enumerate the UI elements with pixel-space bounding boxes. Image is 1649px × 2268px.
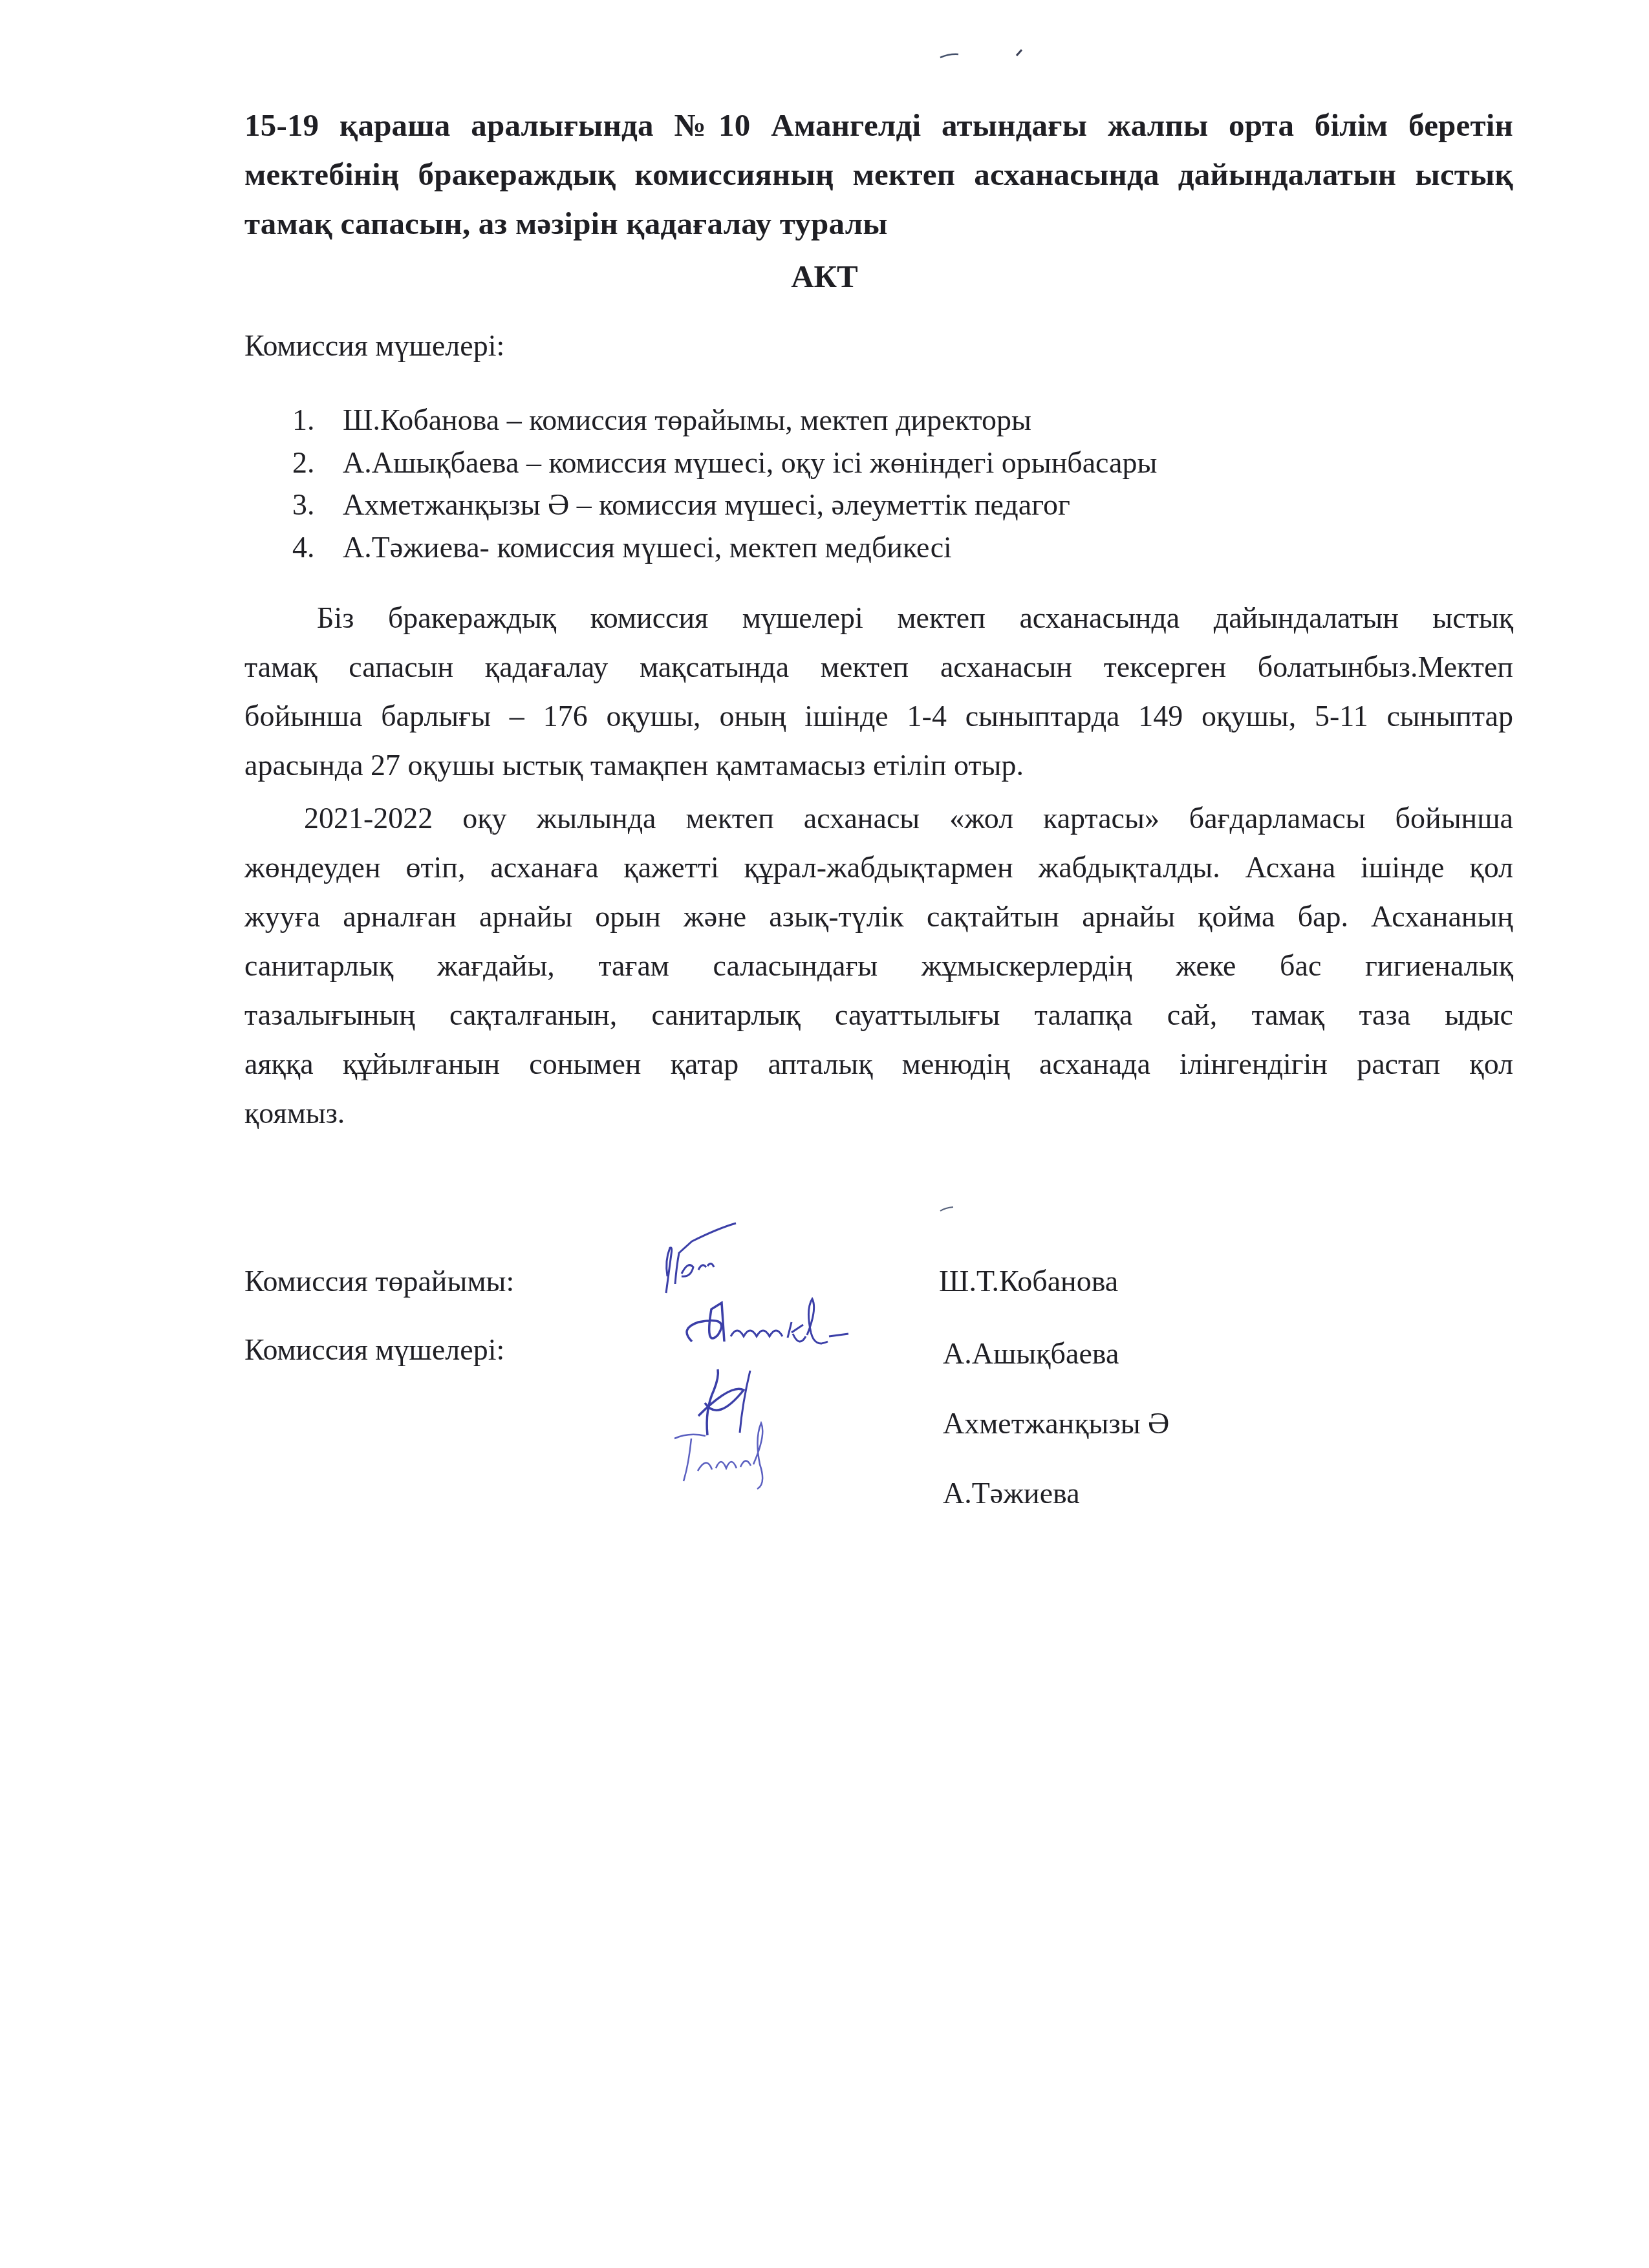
scan-mark xyxy=(1015,48,1024,60)
list-number: 1. xyxy=(292,399,343,442)
member-text: А.Тәжиева- комиссия мүшесі, мектеп медби… xyxy=(343,531,952,564)
list-number: 3. xyxy=(292,484,343,526)
paragraph-inspection: Біз бракераждық комиссия мүшелері мектеп… xyxy=(244,594,1513,790)
signature-member-1 xyxy=(679,1296,860,1361)
members-signature-label: Комиссия мүшелері: xyxy=(244,1331,504,1369)
paragraph-line: тамақ сапасын қадағалау мақсатында мекте… xyxy=(244,643,1513,692)
list-item: 4.А.Тәжиева- комиссия мүшесі, мектеп мед… xyxy=(292,526,1157,569)
paragraph-line: қоямыз. xyxy=(244,1089,1513,1138)
document-title: 15-19 қараша аралығында №10 Амангелді ат… xyxy=(244,101,1513,248)
commission-members-list: 1.Ш.Кобанова – комиссия төрайымы, мектеп… xyxy=(292,399,1157,568)
title-line: 15-19 қараша аралығында №10 Амангелді ат… xyxy=(244,101,1513,150)
list-item: 1.Ш.Кобанова – комиссия төрайымы, мектеп… xyxy=(292,399,1157,442)
scanned-document-page: 15-19 қараша аралығында №10 Амангелді ат… xyxy=(0,0,1649,2268)
paragraph-line: жөндеуден өтіп, асханаға қажетті құрал-ж… xyxy=(244,843,1513,892)
paragraph-line: 2021-2022 оқу жылында мектеп асханасы «ж… xyxy=(244,794,1513,843)
member-text: Ш.Кобанова – комиссия төрайымы, мектеп д… xyxy=(343,403,1031,436)
paragraph-line: бойынша барлығы – 176 оқушы, оның ішінде… xyxy=(244,692,1513,741)
document-type-heading: АКТ xyxy=(0,257,1649,296)
paragraph-line: жууға арналған арнайы орын және азық-түл… xyxy=(244,892,1513,941)
signature-member-3 xyxy=(669,1419,799,1490)
list-number: 4. xyxy=(292,526,343,569)
paragraph-line: тазалығының сақталғанын, санитарлық сауа… xyxy=(244,990,1513,1040)
paragraph-renovation: 2021-2022 оқу жылында мектеп асханасы «ж… xyxy=(244,794,1513,1138)
commission-members-label: Комиссия мүшелері: xyxy=(244,326,504,365)
paragraph-line: арасында 27 оқушы ыстық тамақпен қамтама… xyxy=(244,741,1513,790)
paragraph-line: Біз бракераждық комиссия мүшелері мектеп… xyxy=(244,594,1513,643)
paragraph-line: санитарлық жағдайы, тағам саласындағы жұ… xyxy=(244,941,1513,990)
member-text: Ахметжанқызы Ә – комиссия мүшесі, әлеуме… xyxy=(343,488,1070,521)
signatory-name: Ш.Т.Кобанова xyxy=(939,1262,1118,1301)
signatory-name: Ахметжанқызы Ә xyxy=(943,1404,1169,1443)
title-line: мектебінің бракераждық комиссияның мекте… xyxy=(244,150,1513,199)
list-number: 2. xyxy=(292,442,343,484)
signature-chair xyxy=(653,1222,744,1300)
list-item: 3.Ахметжанқызы Ә – комиссия мүшесі, әлеу… xyxy=(292,484,1157,526)
scan-mark xyxy=(939,50,965,62)
member-text: А.Ашықбаева – комиссия мүшесі, оқу ісі ж… xyxy=(343,446,1157,479)
signatory-name: А.Тәжиева xyxy=(943,1474,1080,1513)
paragraph-line: аяққа құйылғанын сонымен қатар апталық м… xyxy=(244,1040,1513,1089)
scan-mark xyxy=(939,1204,958,1215)
chair-signature-label: Комиссия төрайымы: xyxy=(244,1262,514,1301)
title-line: тамақ сапасын, аз мәзірін қадағалау тура… xyxy=(244,199,1513,248)
list-item: 2.А.Ашықбаева – комиссия мүшесі, оқу ісі… xyxy=(292,442,1157,484)
signatory-name: А.Ашықбаева xyxy=(943,1334,1119,1373)
